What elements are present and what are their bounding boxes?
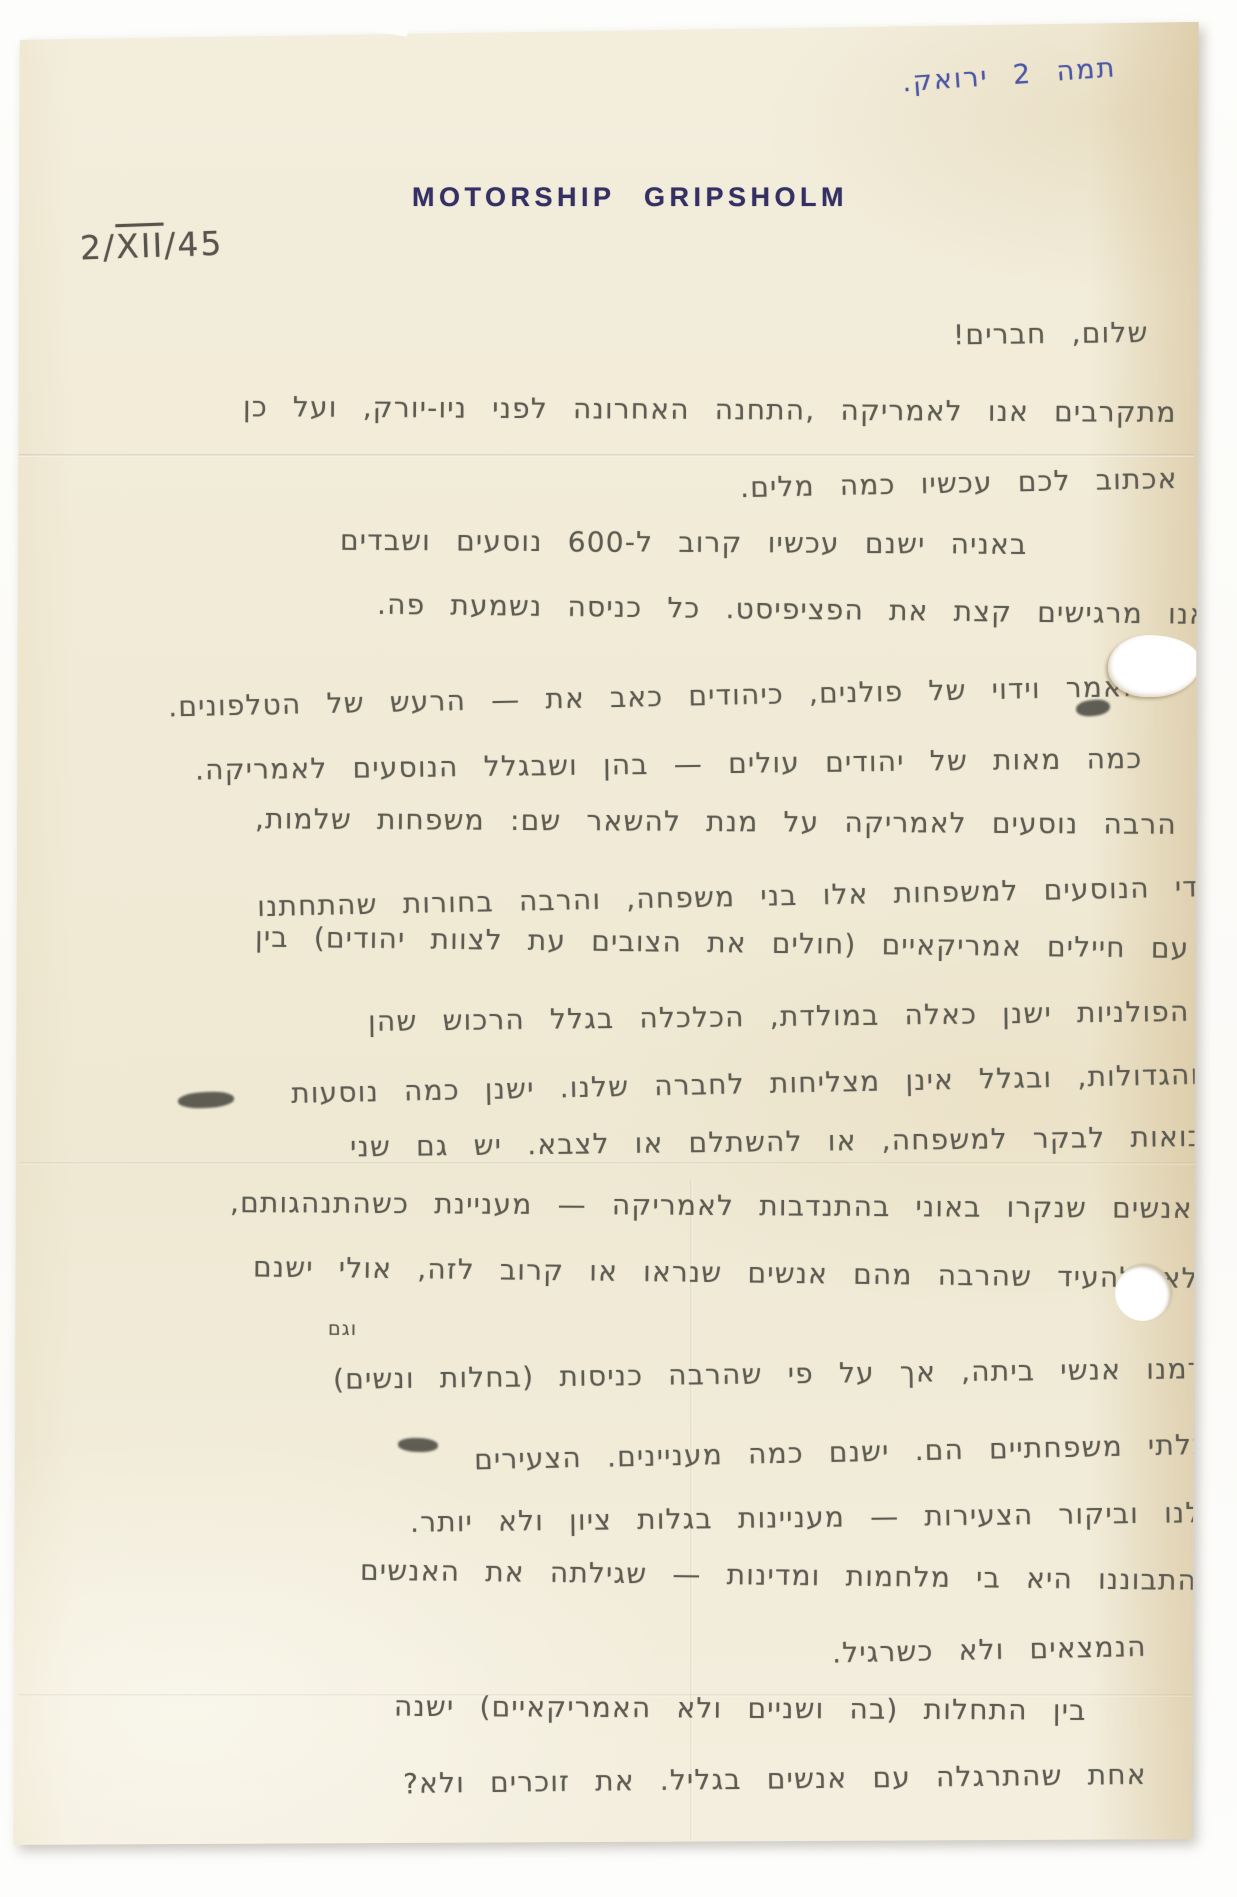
scanner-background-notch <box>369 0 412 36</box>
ink-smudge <box>178 1091 235 1110</box>
fold-crease <box>19 1162 1194 1165</box>
handwriting-line: וגם <box>328 1318 357 1340</box>
handwriting-line: בין התחלות (בה ושניים ולא האמריקאיים) יש… <box>394 1690 1087 1727</box>
letter-paper: MOTORSHIP GRIPSHOLM 2/XII/45 תמה 2 ירואק… <box>0 0 1237 1897</box>
fold-crease <box>19 454 1194 457</box>
paper-shadow: MOTORSHIP GRIPSHOLM 2/XII/45 תמה 2 ירואק… <box>0 0 1237 1897</box>
fold-crease-vertical <box>690 1180 693 1840</box>
date-day: 2/ <box>79 227 116 267</box>
ink-smudge <box>398 1437 438 1452</box>
handwriting-line: מתקרבים אנו לאמריקה ,התחנה האחרונה לפני … <box>243 390 1177 429</box>
handwriting-line: כמה מאות של יהודים עולים — בהן ושבגלל הנ… <box>195 742 1143 787</box>
punch-hole <box>1115 1265 1171 1321</box>
handwriting-line: בואות לבקר למשפחה, או להשתלם או לצבא. יש… <box>350 1120 1205 1163</box>
handwriting-line: והגדולות, ובגלל אינן מצליחות לחברה שלנו.… <box>290 1058 1199 1110</box>
handwriting-line: ילדי הנוסעים למשפחות אלו בני משפחה, והרב… <box>257 870 1224 923</box>
handwriting-line: האמר וידוי של פולנים, כיהודים כאב את — ה… <box>167 670 1142 723</box>
paper-tear <box>1108 635 1200 697</box>
handwriting-line: אכתוב לכם עכשיו כמה מלים. <box>739 462 1177 504</box>
handwriting-line: אנשים שנקרו באוני בהתנדבות לאמריקה — מענ… <box>230 1186 1193 1225</box>
handwriting-line: הנמצאים ולא כשרגיל. <box>832 1630 1147 1670</box>
archival-note-blue-ink: תמה 2 ירואק. <box>902 53 1118 99</box>
date-year: 45 <box>177 224 224 265</box>
handwriting-line: לא להעיד שהרבה מהם אנשים שנראו או קרוב ל… <box>253 1250 1199 1295</box>
letterhead-title: MOTORSHIP GRIPSHOLM <box>380 182 880 213</box>
handwriting-line: הרבה נוסעים לאמריקה על מנת להשאר שם: משפ… <box>255 802 1177 841</box>
handwritten-date: 2/XII/45 <box>79 224 224 268</box>
handwriting-line: הפולניות ישנן כאלה במולדת, הכלכלה בגלל ה… <box>367 995 1189 1038</box>
date-month-roman: XII <box>115 226 164 267</box>
handwriting-line: אנו מרגישים קצת את הפציפיסט. כל כניסה נש… <box>377 588 1210 631</box>
handwriting-line: שלום, חברים! <box>953 316 1149 351</box>
fold-crease <box>19 1694 1194 1697</box>
handwriting-line: שלנו וביקור הצעירות — מעניינות בגלות ציו… <box>409 1496 1223 1539</box>
handwriting-line: יזדמנו אנשי ביתה, אך על פי שהרבה כניסות … <box>333 1352 1223 1396</box>
handwriting-line: עם חיילים אמריקאיים (חולים את הצובים עת … <box>254 921 1189 965</box>
ink-smudge <box>1075 698 1110 717</box>
handwriting-line: באניה ישנם עכשיו קרוב ל-600 נוסעים ושבדי… <box>340 524 1028 561</box>
handwriting-line: התבוננו היא בי מלחמות ומדינות — שגילתה א… <box>360 1554 1197 1597</box>
handwriting-line: בלתי משפחתיים הם. ישנם כמה מעניינים. הצע… <box>473 1428 1209 1476</box>
handwriting-line: אחת שהתרגלה עם אנשים בגליל. את זוכרים ול… <box>403 1758 1147 1800</box>
scanned-letter-page: MOTORSHIP GRIPSHOLM 2/XII/45 תמה 2 ירואק… <box>0 0 1237 1897</box>
